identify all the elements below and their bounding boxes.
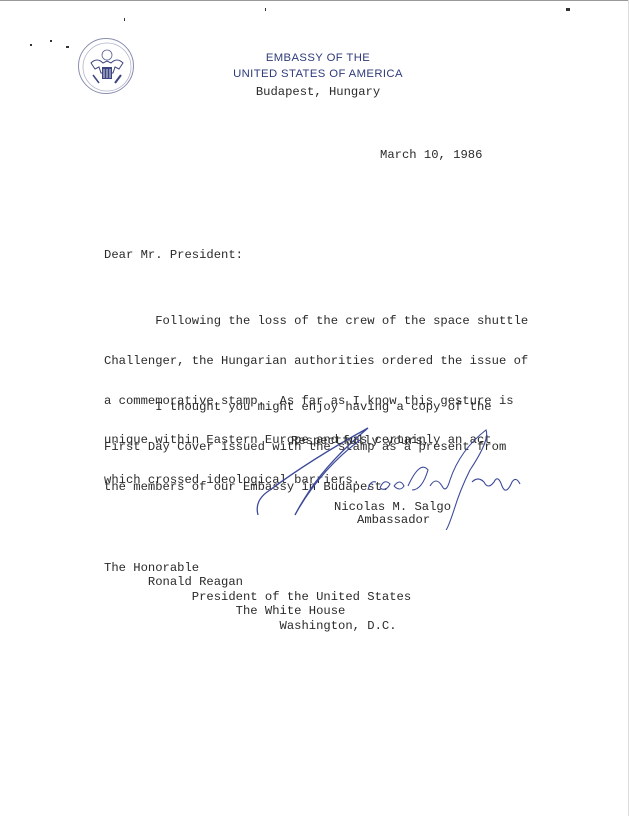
closing: Respectfully yours,	[291, 434, 430, 448]
paragraph-line: Challenger, the Hungarian authorities or…	[104, 355, 528, 368]
letterhead-embassy-line: EMBASSY OF THE	[230, 50, 406, 66]
paragraph-line: Following the loss of the crew of the sp…	[104, 315, 528, 328]
paragraph-line: I thought you might enjoy having a copy …	[104, 401, 506, 414]
salutation: Dear Mr. President:	[104, 248, 243, 262]
scan-speck	[66, 46, 69, 48]
great-seal-icon	[78, 38, 134, 94]
signer-title: Ambassador	[357, 513, 430, 527]
letterhead-city: Budapest, Hungary	[230, 85, 406, 99]
address-line: Ronald Reagan	[104, 575, 411, 589]
letter-page: EMBASSY OF THE UNITED STATES OF AMERICA …	[0, 0, 629, 816]
scan-speck	[566, 8, 570, 11]
scan-speck	[124, 18, 125, 21]
scan-speck	[265, 8, 266, 11]
scan-speck	[50, 40, 52, 42]
address-line: Washington, D.C.	[104, 619, 411, 633]
address-line: The White House	[104, 604, 411, 618]
address-line: President of the United States	[104, 590, 411, 604]
recipient-address: The Honorable Ronald Reagan President of…	[104, 561, 411, 633]
address-line: The Honorable	[104, 561, 411, 575]
signer-name: Nicolas M. Salgo	[334, 500, 451, 514]
letterhead-country-line: UNITED STATES OF AMERICA	[230, 66, 406, 82]
scan-speck	[30, 44, 32, 46]
letterhead: EMBASSY OF THE UNITED STATES OF AMERICA …	[230, 50, 406, 99]
letter-date: March 10, 1986	[380, 148, 482, 162]
scan-top-edge	[0, 0, 629, 1]
